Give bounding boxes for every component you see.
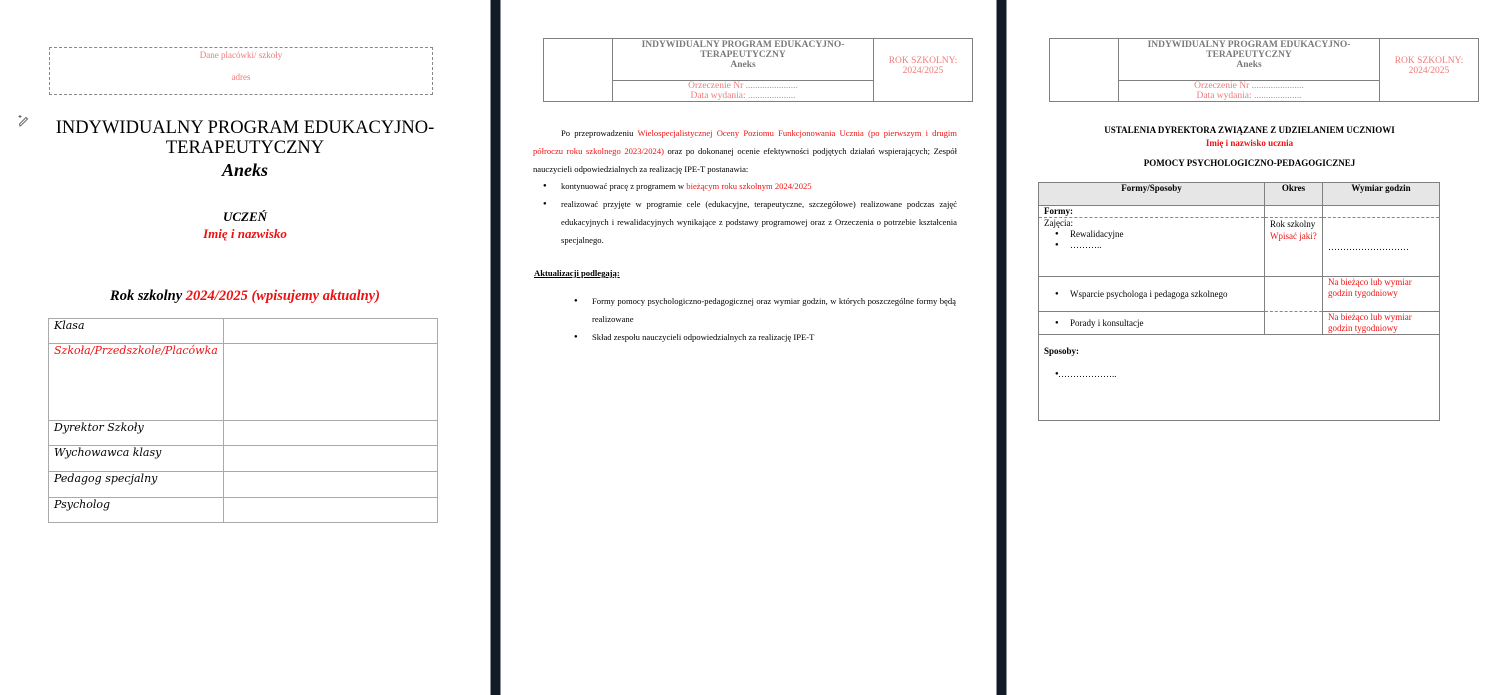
school-year-value: 2024/2025 (wpisujemy aktualny): [186, 288, 380, 304]
forma-cell: Porady i konsultacje: [1039, 312, 1265, 335]
header-title-line: TERAPEUTYCZNY: [613, 50, 873, 60]
list-item: realizować przyjęte w programie cele (ed…: [533, 195, 957, 249]
list-item: Wsparcie psychologa i pedagoga szkolnego: [1044, 289, 1259, 300]
sposoby-cell[interactable]: Sposoby: ………………..: [1039, 335, 1440, 421]
info-label: Klasa: [49, 319, 224, 344]
header-orzeczenie-cell: Orzeczenie Nr ...................... Dat…: [613, 81, 874, 102]
student-name: Imię i nazwisko: [40, 226, 450, 242]
student-info-table: Klasa Szkoła/Przedszkole/Placówka Dyrekt…: [48, 318, 438, 523]
list-item: Rewalidacyjne: [1044, 229, 1259, 240]
intro-paragraph: Po przeprowadzeniu Wielospecjalistycznej…: [533, 124, 957, 178]
column-header: Wymiar godzin: [1323, 183, 1440, 206]
okres-cell[interactable]: Rok szkolny Wpisać jaki?: [1265, 218, 1323, 277]
forma-list: Porady i konsultacje: [1044, 318, 1259, 329]
okres-text: Rok szkolny: [1270, 218, 1317, 230]
header-year-label: ROK SZKOLNY:: [1380, 56, 1478, 66]
page-separator: [996, 0, 1007, 695]
issue-date: Data wydania: ....................: [1119, 91, 1379, 101]
document-page-1: Dane placówki/ szkoły adres INDYWIDUALNY…: [0, 0, 490, 695]
table-row: Wsparcie psychologa i pedagoga szkolnego…: [1039, 277, 1440, 312]
wymiar-cell[interactable]: Na bieżąco lub wymiar godzin tygodniowy: [1323, 277, 1440, 312]
list-item: Formy pomocy psychologiczno-pedagogiczne…: [564, 292, 956, 328]
forma-list: Wsparcie psychologa i pedagoga szkolnego: [1044, 289, 1259, 300]
page-header-table: INDYWIDUALNY PROGRAM EDUKACYJNO- TERAPEU…: [543, 38, 973, 102]
table-row: Zajęcia: Rewalidacyjne ……….. Rok szkolny…: [1039, 218, 1440, 277]
header-year-cell: ROK SZKOLNY: 2024/2025: [1380, 39, 1479, 102]
info-label: Szkoła/Przedszkole/Placówka: [49, 344, 224, 421]
issue-date: Data wydania: ....................: [613, 91, 873, 101]
wymiar-cell[interactable]: ………………………: [1323, 218, 1440, 277]
orzeczenie-number: Orzeczenie Nr ......................: [613, 81, 873, 91]
decision-list: kontynuować pracę z programem w bieżącym…: [533, 177, 957, 249]
school-year-heading: Rok szkolny 2024/2025 (wpisujemy aktualn…: [30, 288, 460, 305]
updates-list: Formy pomocy psychologiczno-pedagogiczne…: [564, 292, 956, 346]
header-orzeczenie-cell: Orzeczenie Nr ...................... Dat…: [1119, 81, 1380, 102]
page-separator: [490, 0, 501, 695]
header-year-label: ROK SZKOLNY:: [874, 56, 972, 66]
sposoby-label: Sposoby:: [1044, 346, 1434, 357]
updates-heading: Aktualizacji podlegają:: [534, 268, 620, 278]
forma-cell: Wsparcie psychologa i pedagoga szkolnego: [1039, 277, 1265, 312]
header-subtitle: Aneks: [1119, 60, 1379, 70]
document-page-2: INDYWIDUALNY PROGRAM EDUKACYJNO- TERAPEU…: [501, 0, 996, 695]
info-label: Wychowawca klasy: [49, 446, 224, 472]
director-findings-heading: USTALENIA DYREKTORA ZWIĄZANE Z UDZIELANI…: [1037, 124, 1462, 150]
school-data-label: Dane placówki/ szkoły: [50, 50, 432, 60]
list-item: ………..: [1044, 240, 1259, 251]
formy-label: Formy:: [1039, 206, 1265, 218]
list-item: ………………..: [1044, 369, 1434, 380]
document-page-3: INDYWIDUALNY PROGRAM EDUKACYJNO- TERAPEU…: [1007, 0, 1500, 695]
list-item: Porady i konsultacje: [1044, 318, 1259, 329]
header-year-value: 2024/2025: [874, 66, 972, 76]
header-title-cell: INDYWIDUALNY PROGRAM EDUKACYJNO- TERAPEU…: [1119, 39, 1380, 81]
header-logo-cell[interactable]: [1050, 39, 1119, 102]
table-row: Pedagog specjalny: [49, 472, 438, 498]
decision-text: realizować przyjęte w programie cele (ed…: [561, 199, 957, 245]
header-logo-cell[interactable]: [544, 39, 613, 102]
school-address-label: adres: [50, 72, 432, 82]
info-label: Psycholog: [49, 498, 224, 523]
zajecia-label: Zajęcia:: [1044, 218, 1259, 229]
header-title-line: TERAPEUTYCZNY: [1119, 50, 1379, 60]
help-heading: POMOCY PSYCHOLOGICZNO-PEDAGOGICZNEJ: [1037, 158, 1462, 168]
support-forms-table: Formy/Sposoby Okres Wymiar godzin Formy:…: [1038, 182, 1440, 421]
table-row: Szkoła/Przedszkole/Placówka: [49, 344, 438, 421]
student-name: Imię i nazwisko ucznia: [1037, 137, 1462, 150]
wymiar-cell[interactable]: Na bieżąco lub wymiar godzin tygodniowy: [1323, 312, 1440, 335]
header-title-cell: INDYWIDUALNY PROGRAM EDUKACYJNO- TERAPEU…: [613, 39, 874, 81]
header-subtitle: Aneks: [613, 60, 873, 70]
edit-sparkle-icon[interactable]: [17, 114, 31, 128]
info-value[interactable]: [223, 319, 437, 344]
table-cell[interactable]: [1323, 206, 1440, 218]
info-value[interactable]: [223, 421, 437, 446]
decision-text: kontynuować pracę z programem w: [561, 181, 686, 191]
decision-highlight: bieżącym roku szkolnym 2024/2025: [686, 181, 811, 191]
orzeczenie-number: Orzeczenie Nr ......................: [1119, 81, 1379, 91]
document-subtitle: Aneks: [40, 160, 450, 181]
heading-text: USTALENIA DYREKTORA ZWIĄZANE Z UDZIELANI…: [1037, 124, 1462, 137]
intro-text: Po przeprowadzeniu: [561, 128, 637, 138]
info-value[interactable]: [223, 344, 437, 421]
info-value[interactable]: [223, 472, 437, 498]
zajecia-cell: Zajęcia: Rewalidacyjne ………..: [1039, 218, 1265, 277]
school-data-box[interactable]: Dane placówki/ szkoły adres: [49, 47, 433, 95]
sposoby-list: ………………..: [1044, 369, 1434, 380]
table-row: Porady i konsultacje Na bieżąco lub wymi…: [1039, 312, 1440, 335]
school-year-label: Rok szkolny: [110, 288, 186, 304]
header-title-line: INDYWIDUALNY PROGRAM EDUKACYJNO-: [1119, 40, 1379, 50]
table-row: Formy:: [1039, 206, 1440, 218]
header-year-cell: ROK SZKOLNY: 2024/2025: [874, 39, 973, 102]
table-row: Klasa: [49, 319, 438, 344]
list-item: kontynuować pracę z programem w bieżącym…: [533, 177, 957, 195]
info-label: Dyrektor Szkoły: [49, 421, 224, 446]
table-row: Sposoby: ………………..: [1039, 335, 1440, 421]
okres-cell[interactable]: [1265, 312, 1323, 335]
table-header-row: Formy/Sposoby Okres Wymiar godzin: [1039, 183, 1440, 206]
column-header: Formy/Sposoby: [1039, 183, 1265, 206]
okres-cell[interactable]: [1265, 277, 1323, 312]
column-header: Okres: [1265, 183, 1323, 206]
zajecia-list: Rewalidacyjne ………..: [1044, 229, 1259, 251]
list-item: Skład zespołu nauczycieli odpowiedzialny…: [564, 328, 956, 346]
table-row: Psycholog: [49, 498, 438, 523]
info-value[interactable]: [223, 446, 437, 472]
header-year-value: 2024/2025: [1380, 66, 1478, 76]
student-label: UCZEŃ: [40, 209, 450, 225]
table-row: Dyrektor Szkoły: [49, 421, 438, 446]
document-title: INDYWIDUALNY PROGRAM EDUKACYJNO-TERAPEUT…: [40, 118, 450, 158]
page-header-table: INDYWIDUALNY PROGRAM EDUKACYJNO- TERAPEU…: [1049, 38, 1479, 102]
table-row: Wychowawca klasy: [49, 446, 438, 472]
table-cell[interactable]: [1265, 206, 1323, 218]
okres-hint: Wpisać jaki?: [1270, 230, 1317, 242]
header-title-line: INDYWIDUALNY PROGRAM EDUKACYJNO-: [613, 40, 873, 50]
info-value[interactable]: [223, 498, 437, 523]
info-label: Pedagog specjalny: [49, 472, 224, 498]
